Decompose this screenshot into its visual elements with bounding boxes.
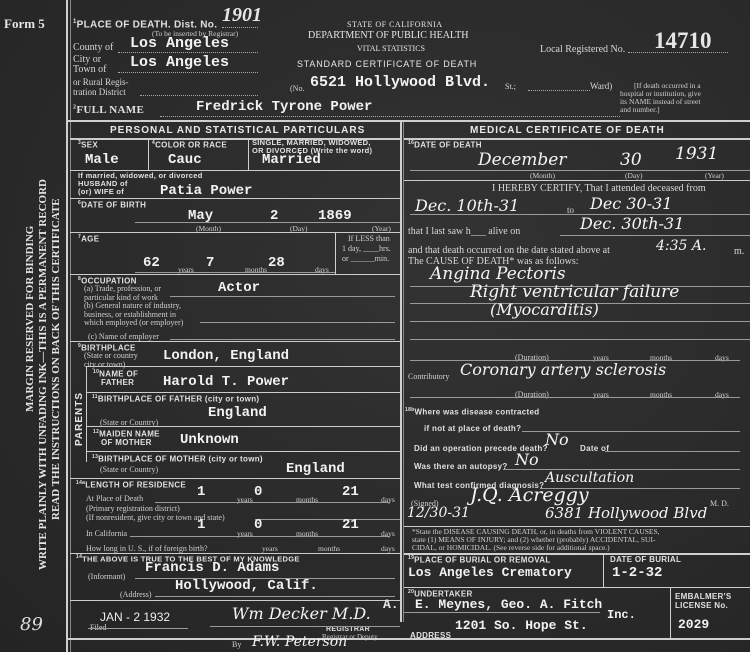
local-registered-label: Local Registered No. <box>540 44 625 55</box>
undertaker-prefix: A. <box>383 597 399 612</box>
vital-statistics: VITAL STATISTICS <box>357 44 425 53</box>
race-label: 4COLOR OR RACE <box>152 140 227 150</box>
spouse-value: Patia Power <box>160 183 252 199</box>
full-name-label: 2FULL NAME <box>73 104 144 116</box>
informant-name: Francis D. Adams <box>145 560 279 576</box>
employer-label: (c) Name of employer <box>88 332 159 341</box>
death-address: 6521 Hollywood Blvd. <box>310 74 490 91</box>
embalmer-license-number: 2029 <box>678 617 709 632</box>
frame-left-inner <box>70 0 71 652</box>
ward-label: Ward) <box>590 81 612 91</box>
residence-place-years: 1 <box>197 484 205 500</box>
city-value: Los Angeles <box>130 54 229 71</box>
district-number: 1901 <box>222 4 262 27</box>
residence-label: 14aLENGTH OF RESIDENCE <box>76 480 186 490</box>
burial-place-label: 19PLACE OF BURIAL OR REMOVAL <box>408 555 551 565</box>
undertaker-name: E. Meynes, Geo. A. Fitch <box>415 597 602 612</box>
registrar-stamp: REGISTRAR <box>326 626 370 633</box>
mother-name-value: Unknown <box>180 432 239 448</box>
marital-value: Married <box>262 152 321 168</box>
filed-date: JAN - 2 1932 <box>100 610 170 624</box>
mother-name-label: 12MAIDEN NAMEOF MOTHER <box>93 428 160 447</box>
physician-signature: J.Q. Acreggy <box>470 484 589 506</box>
margin-text-1: MARGIN RESERVED FOR BINDING <box>24 226 36 412</box>
burial-date-label: DATE OF BURIAL <box>610 555 681 564</box>
undertaker-address: 1201 So. Hope St. <box>455 618 588 633</box>
attended-from: Dec. 10th-31 <box>415 196 519 215</box>
where-contracted-label: 18bWhere was disease contracted <box>405 407 539 417</box>
medical-section-title: MEDICAL CERTIFICATE OF DEATH <box>470 125 665 136</box>
dod-day: 30 <box>620 150 642 170</box>
last-saw-date: Dec. 30th-31 <box>580 214 684 233</box>
county-label: County of <box>73 42 113 53</box>
death-time: 4:35 A. <box>656 238 706 254</box>
father-birthplace-label: 11BIRTHPLACE OF FATHER (city or town) <box>92 394 259 404</box>
signed-date: 12/30-31 <box>407 505 470 521</box>
margin-text-2: WRITE PLAINLY WITH UNFADING INK—THIS IS … <box>37 179 49 570</box>
cause-2: Right ventricular failure <box>470 282 679 302</box>
street-label: St.; <box>505 82 516 91</box>
residence-place-days: 21 <box>342 484 359 500</box>
race-value: Cauc <box>168 152 202 168</box>
residence-calif-months: 0 <box>254 517 262 533</box>
mother-birthplace-value: England <box>286 461 345 477</box>
undertaker-address-label: ADDRESS <box>410 631 451 640</box>
last-saw-label: that I last saw h___ alive on <box>408 226 520 237</box>
personal-section-title: PERSONAL AND STATISTICAL PARTICULARS <box>110 125 365 136</box>
sex-label: 3SEX <box>78 140 98 150</box>
dod-year: 1931 <box>675 144 718 164</box>
us-residence-label: How long in U. S., if of foreign birth? <box>86 544 208 553</box>
autopsy-label: Was there an autopsy? <box>414 462 508 471</box>
address-no-label: (No. <box>290 84 304 93</box>
age-years: 62 <box>143 255 160 271</box>
state-of-california: STATE OF CALIFORNIA <box>347 20 443 29</box>
full-name-value: Fredrick Tyrone Power <box>196 99 372 115</box>
burial-date: 1-2-32 <box>612 565 662 581</box>
by-label: By <box>232 640 241 649</box>
informant-address: Hollywood, Calif. <box>175 578 318 594</box>
less-than-label: If LESS than 1 day, ____hrs. or ______mi… <box>342 234 391 264</box>
city-label: City orTown of <box>73 55 106 75</box>
dod-month: December <box>478 150 566 170</box>
certify-statement: I HEREBY CERTIFY, That I attended deceas… <box>492 183 706 194</box>
registrar-signature: Wm Decker M.D. <box>232 604 371 623</box>
embalmer-license-label: EMBALMER'SLICENSE No. <box>675 592 731 610</box>
residence-calif-days: 21 <box>342 517 359 533</box>
sex-value: Male <box>85 152 119 168</box>
father-name-value: Harold T. Power <box>163 374 289 390</box>
father-birthplace-value: England <box>208 405 267 421</box>
margin-text-3: READ THE INSTRUCTIONS ON BACK OF THIS CE… <box>50 198 62 520</box>
undertaker-inc: Inc. <box>607 608 636 622</box>
cause-1: Angina Pectoris <box>430 264 566 284</box>
parents-label: PARENTS <box>74 392 85 446</box>
cause-3: (Myocarditis) <box>490 300 599 319</box>
birthplace-value: London, England <box>163 348 289 364</box>
rural-district-label: or Rural Regis-tration District <box>73 77 129 97</box>
certificate-title: STANDARD CERTIFICATE OF DEATH <box>297 59 477 69</box>
header-divider <box>66 120 750 122</box>
form-number: Form 5 <box>4 16 45 32</box>
local-registered-number: 14710 <box>654 28 712 54</box>
contributory-cause: Coronary artery sclerosis <box>460 360 666 379</box>
physician-address: 6381 Hollywood Blvd <box>545 504 707 522</box>
mother-birthplace-label: 13BIRTHPLACE OF MOTHER (city or town) <box>92 454 263 464</box>
operation-value: No <box>545 430 569 449</box>
frame-left <box>66 0 68 652</box>
dob-label: 6DATE OF BIRTH <box>78 200 146 210</box>
residence-place-months: 0 <box>254 484 262 500</box>
father-name-label: 10NAME OFFATHER <box>93 368 138 387</box>
age-days: 28 <box>268 255 285 271</box>
hospital-note: [If death occurred in a hospital or inst… <box>620 82 701 114</box>
death-certificate: Form 5 MARGIN RESERVED FOR BINDING WRITE… <box>0 0 750 652</box>
death-time-label: and that death occurred on the date stat… <box>408 245 610 256</box>
dept-public-health: DEPARTMENT OF PUBLIC HEALTH <box>308 30 468 41</box>
burial-place: Los Angeles Crematory <box>408 565 572 580</box>
county-value: Los Angeles <box>130 35 229 52</box>
instructions-note: *State the DISEASE CAUSING DEATH, or, in… <box>412 528 660 552</box>
margin-note: 89 <box>20 614 43 635</box>
column-divider <box>400 122 402 622</box>
age-months: 7 <box>206 255 214 271</box>
contributory-label: Contributory <box>408 372 449 381</box>
age-label: 7AGE <box>78 234 99 244</box>
residence-calif-years: 1 <box>197 517 205 533</box>
attended-to: Dec 30-31 <box>590 194 672 213</box>
occupation-value: Actor <box>218 280 260 296</box>
deputy-signature: F.W. Peterson <box>252 634 347 650</box>
autopsy-value: No <box>515 450 539 469</box>
dod-label: 16DATE OF DEATH <box>408 140 482 150</box>
